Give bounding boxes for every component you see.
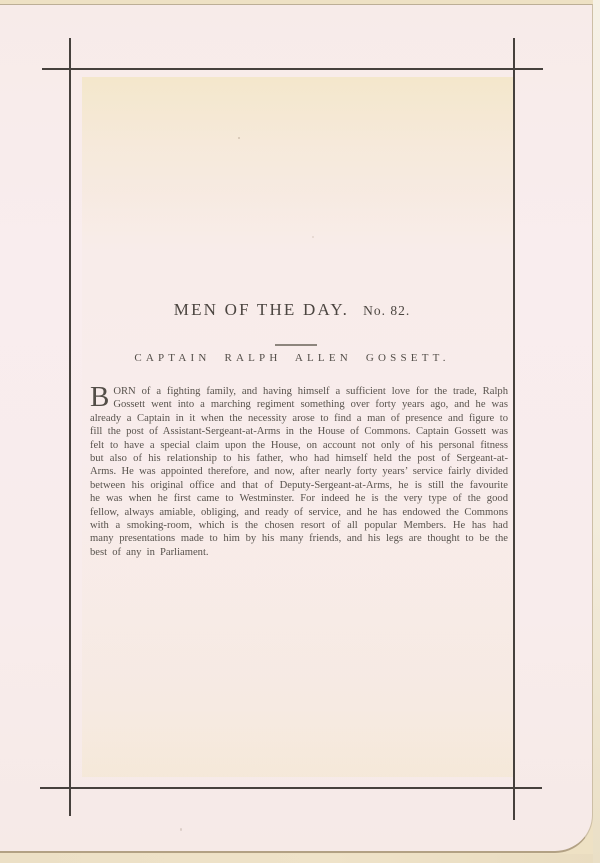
frame-line-bottom	[40, 787, 542, 789]
frame-line-top	[42, 68, 543, 70]
title-divider-rule	[275, 344, 317, 346]
issue-number: No. 82.	[363, 303, 410, 318]
scanned-page: { "page": { "background_color": "#eee1c4…	[0, 0, 600, 863]
scan-edge-bottom	[0, 854, 600, 863]
masthead-title: MEN OF THE DAY.	[174, 300, 349, 319]
drop-cap: B	[90, 385, 113, 409]
paper-speck	[312, 236, 314, 238]
scan-edge-right	[593, 0, 600, 863]
frame-line-left	[69, 38, 71, 816]
paragraph-text: ORN of a fighting family, and having him…	[90, 386, 508, 558]
article-paragraph: BORN of a fighting family, and having hi…	[90, 385, 508, 559]
masthead-row: MEN OF THE DAY.No. 82.	[70, 300, 514, 320]
article-title: CAPTAIN RALPH ALLEN GOSSETT.	[60, 352, 524, 364]
frame-line-right	[513, 38, 515, 820]
paper-speck	[238, 137, 240, 139]
paper-speck	[180, 828, 182, 831]
